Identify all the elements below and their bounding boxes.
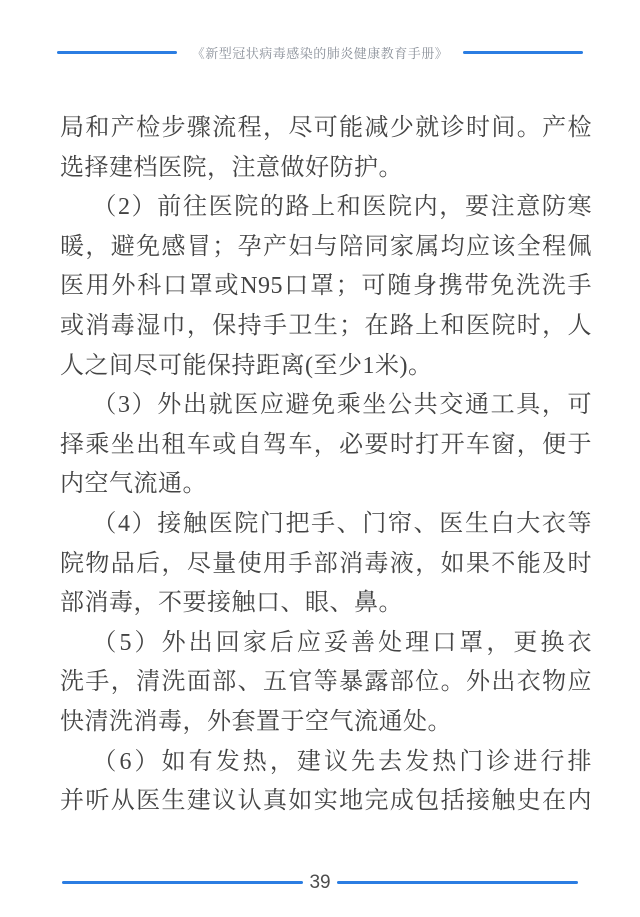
- footer-rule-left: [62, 881, 303, 884]
- body-text-line: 并听从医生建议认真如实地完成包括接触史在内的: [60, 782, 592, 822]
- body-text-line: （3）外出就医应避免乘坐公共交通工具，可选: [60, 386, 592, 426]
- body-text-line: 内空气流通。: [60, 465, 592, 505]
- handbook-page: 《新型冠状病毒感染的肺炎健康教育手册》 局和产检步骤流程，尽可能减少就诊时间。产…: [0, 0, 640, 917]
- body-text-line: （5）外出回家后应妥善处理口罩，更换衣物，: [60, 624, 592, 664]
- page-footer: 39: [62, 869, 578, 895]
- body-text-line: 人之间尽可能保持距离(至少1米)。: [60, 347, 592, 387]
- body-text-line: 部消毒，不要接触口、眼、鼻。: [60, 584, 592, 624]
- body-text-line: 择乘坐出租车或自驾车，必要时打开车窗，便于车: [60, 426, 592, 466]
- body-text-line: 暖，避免感冒；孕产妇与陪同家属均应该全程佩戴: [60, 228, 592, 268]
- body-text-line: （4）接触医院门把手、门帘、医生白大衣等医: [60, 505, 592, 545]
- book-title: 《新型冠状病毒感染的肺炎健康教育手册》: [192, 43, 449, 62]
- header-rule-left: [57, 51, 177, 54]
- page-body-text: 局和产检步骤流程，尽可能减少就诊时间。产检则 选择建档医院，注意做好防护。 （2…: [60, 109, 592, 822]
- body-text-line: 或消毒湿巾，保持手卫生；在路上和医院时，人与: [60, 307, 592, 347]
- body-text-line: 医用外科口罩或N95口罩；可随身携带免洗洗手液: [60, 267, 592, 307]
- header-rule-right: [463, 51, 583, 54]
- footer-rule-right: [337, 881, 578, 884]
- running-head: 《新型冠状病毒感染的肺炎健康教育手册》: [62, 42, 578, 62]
- body-text-line: （6）如有发热，建议先去发热门诊进行排查，: [60, 743, 592, 783]
- body-text-line: 院物品后，尽量使用手部消毒液，如果不能及时手: [60, 545, 592, 585]
- body-text-line: 洗手，清洗面部、五官等暴露部位。外出衣物应尽: [60, 663, 592, 703]
- body-text-line: 选择建档医院，注意做好防护。: [60, 149, 592, 189]
- body-text-line: （2）前往医院的路上和医院内，要注意防寒保: [60, 188, 592, 228]
- body-text-line: 局和产检步骤流程，尽可能减少就诊时间。产检则: [60, 109, 592, 149]
- body-text-line: 快清洗消毒，外套置于空气流通处。: [60, 703, 592, 743]
- page-number: 39: [309, 873, 330, 892]
